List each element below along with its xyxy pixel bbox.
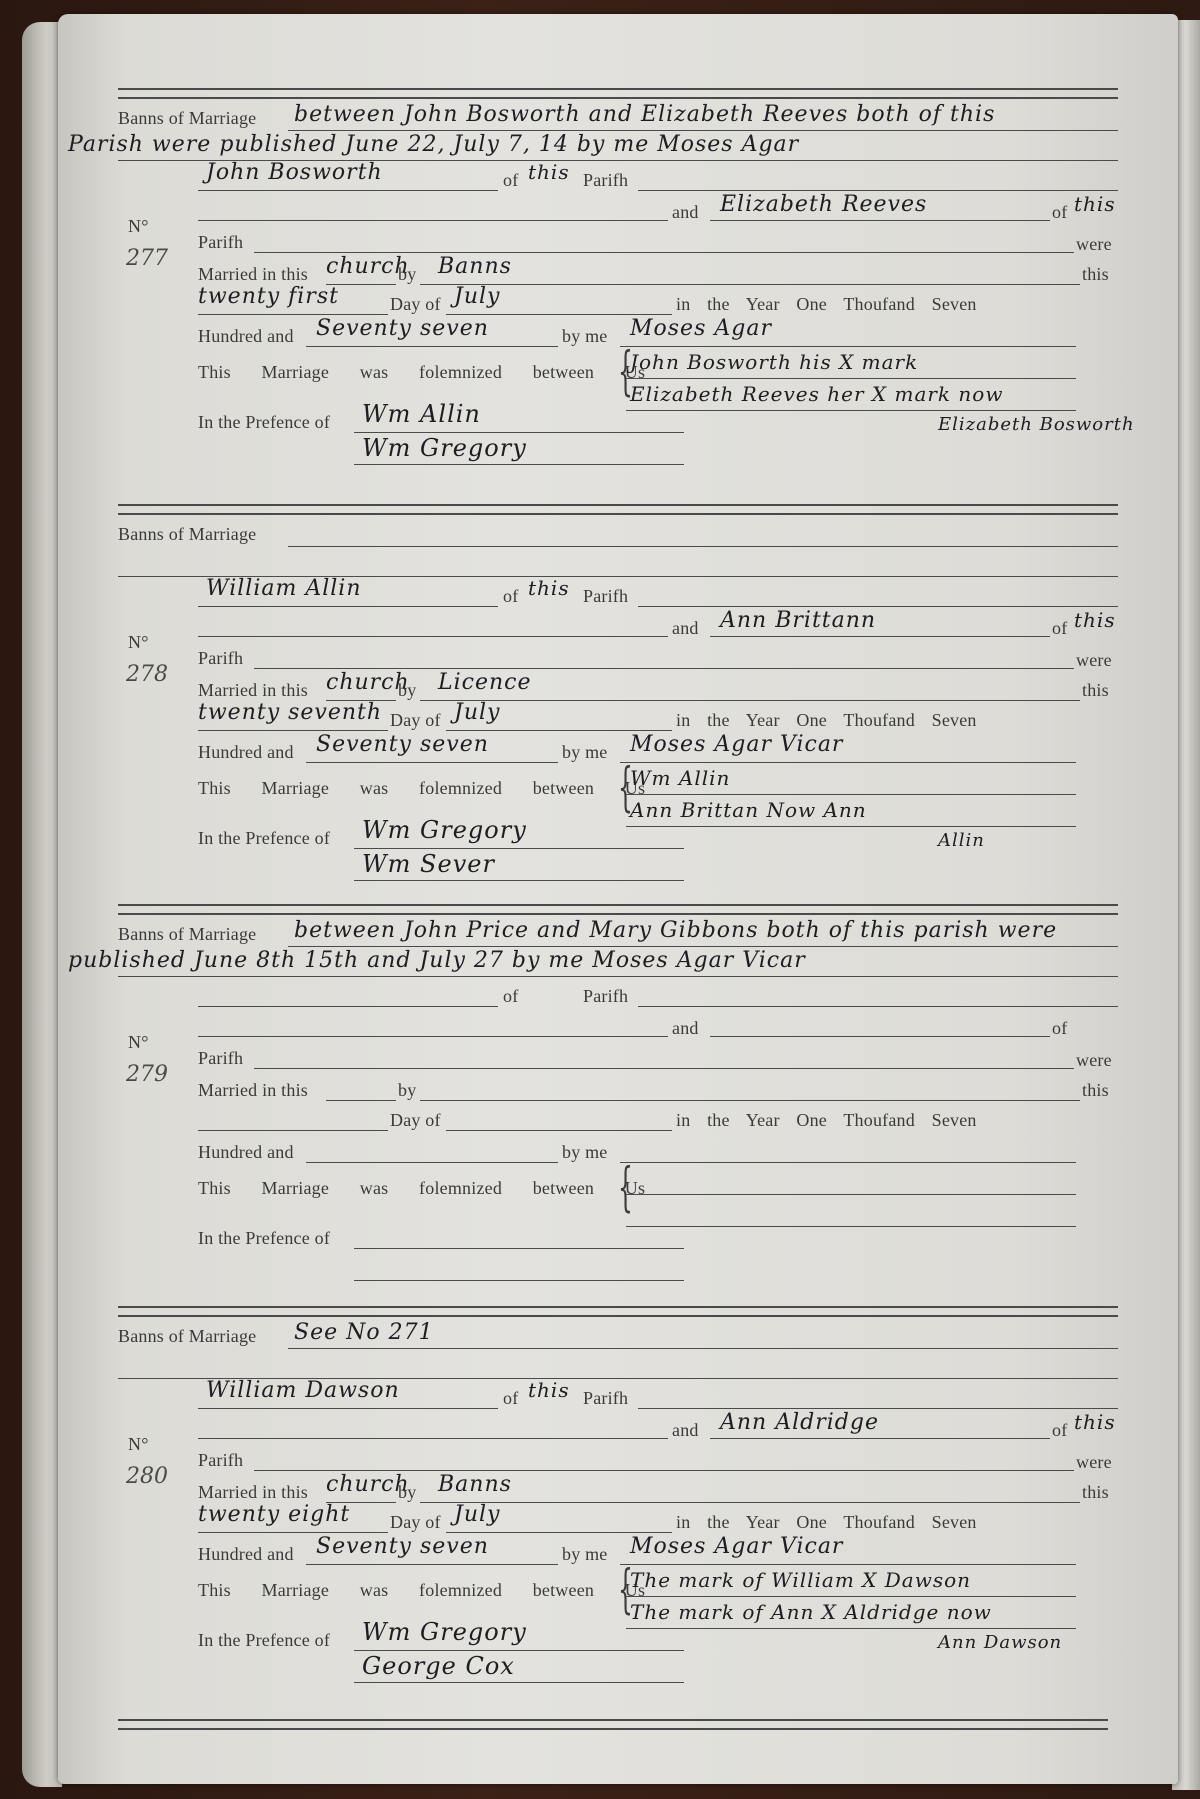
of-label: of [1052, 1420, 1067, 1441]
day-line [198, 730, 388, 731]
brace-symbol: { [618, 1162, 633, 1214]
year-label: in the Year One Thoufand Seven [676, 710, 977, 731]
and-label: and [672, 1420, 699, 1441]
bride-name: Ann Aldridge [720, 1410, 879, 1435]
party-note: Ann Dawson [938, 1632, 1062, 1653]
party-1-signature: The mark of William X Dawson [630, 1568, 971, 1592]
bride-name: Ann Brittann [720, 608, 876, 633]
married-in-this-label: Married in this [198, 1080, 308, 1101]
number-label: N° [128, 632, 149, 653]
were-label: were [1076, 234, 1112, 255]
day-of-label: Day of [390, 1512, 441, 1533]
this-label: this [1082, 680, 1109, 701]
officiant-name: Moses Agar Vicar [630, 1534, 843, 1559]
bride-pre-line [198, 636, 668, 637]
groom-parish: this [528, 1378, 570, 1402]
groom-parish: this [528, 576, 570, 600]
day-line [198, 314, 388, 315]
banns-text-line-1: between John Price and Mary Gibbons both… [294, 918, 1057, 943]
day-value: twenty first [198, 284, 339, 309]
party-2-signature: Ann Brittan Now Ann [630, 798, 867, 822]
banns-line-2 [118, 976, 1118, 977]
witness-1-line [354, 432, 684, 433]
and-label: and [672, 202, 699, 223]
day-value: twenty seventh [198, 700, 382, 725]
presence-label: In the Prefence of [198, 1630, 330, 1651]
bride-pre-line [198, 220, 668, 221]
of-label: of [1052, 618, 1067, 639]
hundred-and-label: Hundred and [198, 1142, 294, 1163]
year-words-value: Seventy seven [316, 732, 489, 757]
day-of-label: Day of [390, 1110, 441, 1131]
parish-label: Parifh [583, 170, 628, 191]
were-label: were [1076, 650, 1112, 671]
party-2-line [626, 1628, 1076, 1629]
marriage-entry-278: Banns of Marriage William Allin of this … [58, 504, 1178, 904]
banns-label: Banns of Marriage [118, 524, 256, 545]
year-words-value: Seventy seven [316, 316, 489, 341]
by-label: by [398, 1482, 416, 1503]
month-value: July [454, 1502, 500, 1527]
day-line [198, 1130, 388, 1131]
by-label: by [398, 1080, 416, 1101]
party-2-line [626, 410, 1076, 411]
of-label: of [503, 586, 518, 607]
year-label: in the Year One Thoufand Seven [676, 1110, 977, 1131]
officiant-line [620, 762, 1076, 763]
entry-separator-rule [118, 904, 1118, 915]
entry-number: 278 [126, 662, 168, 687]
officiant-line [620, 346, 1076, 347]
groom-name: John Bosworth [206, 160, 383, 185]
party-2-line [626, 826, 1076, 827]
parish-label: Parifh [583, 1388, 628, 1409]
bride-pre-line [198, 1036, 668, 1037]
bride-parish: this [1074, 1410, 1116, 1434]
witness-2-line [354, 1682, 684, 1683]
book-page-edges [22, 22, 62, 1787]
year-label: in the Year One Thoufand Seven [676, 294, 977, 315]
year-words-line [306, 346, 558, 347]
officiant-name: Moses Agar [630, 316, 772, 341]
parish-label: Parifh [198, 1450, 243, 1471]
groom-parish-line [638, 190, 1118, 191]
party-2-line [626, 1226, 1076, 1227]
year-words-line [306, 1564, 558, 1565]
banns-label: Banns of Marriage [118, 108, 256, 129]
entry-separator-rule [118, 504, 1118, 515]
witness-1-signature: Wm Gregory [362, 816, 527, 844]
party-note: Allin [938, 830, 985, 851]
witness-1-signature: Wm Allin [362, 400, 481, 428]
day-line [198, 1532, 388, 1533]
day-of-label: Day of [390, 710, 441, 731]
groom-name: William Dawson [206, 1378, 400, 1403]
by-line [420, 284, 1080, 285]
bride-line [710, 1438, 1050, 1439]
by-value: Banns [438, 254, 512, 279]
month-value: July [454, 700, 500, 725]
year-label: in the Year One Thoufand Seven [676, 1512, 977, 1533]
by-line [420, 1502, 1080, 1503]
groom-line [198, 1006, 498, 1007]
banns-text-line-2: Parish were published June 22, July 7, 1… [68, 132, 799, 157]
party-1-line [626, 378, 1076, 379]
day-value: twenty eight [198, 1502, 350, 1527]
entry-number: 277 [126, 246, 168, 271]
of-label: of [503, 170, 518, 191]
hundred-and-label: Hundred and [198, 742, 294, 763]
solemnized-label: This Marriage was folemnized between Us [198, 1580, 645, 1601]
this-label: this [1082, 264, 1109, 285]
were-label: were [1076, 1050, 1112, 1071]
of-label: of [1052, 202, 1067, 223]
this-label: this [1082, 1080, 1109, 1101]
banns-text-line-1: between John Bosworth and Elizabeth Reev… [294, 102, 995, 127]
groom-name: William Allin [206, 576, 362, 601]
witness-2-line [354, 880, 684, 881]
groom-parish: this [528, 160, 570, 184]
by-me-label: by me [562, 1142, 608, 1163]
of-label: of [503, 986, 518, 1007]
bride-parish: this [1074, 608, 1116, 632]
groom-line [198, 606, 498, 607]
solemnized-label: This Marriage was folemnized between Us [198, 362, 645, 383]
entry-separator-rule [118, 88, 1118, 99]
by-label: by [398, 264, 416, 285]
marriage-entry-279: Banns of Marriage between John Price and… [58, 904, 1178, 1304]
entry-separator-rule [118, 1306, 1118, 1317]
marriage-entry-277: Banns of Marriage between John Bosworth … [58, 88, 1178, 488]
party-1-line [626, 1194, 1076, 1195]
by-line [420, 700, 1080, 701]
officiant-line [620, 1162, 1076, 1163]
party-2-signature: The mark of Ann X Aldridge now [630, 1600, 992, 1624]
number-label: N° [128, 1032, 149, 1053]
number-label: N° [128, 1434, 149, 1455]
groom-line [198, 190, 498, 191]
parish-line [254, 1470, 1074, 1471]
married-in-this-label: Married in this [198, 680, 308, 701]
hundred-and-label: Hundred and [198, 1544, 294, 1565]
entry-number: 280 [126, 1464, 168, 1489]
parish-label: Parifh [583, 986, 628, 1007]
by-line [420, 1100, 1080, 1101]
party-note: Elizabeth Bosworth [938, 414, 1135, 435]
banns-text-line-1: See No 271 [294, 1320, 434, 1345]
by-label: by [398, 680, 416, 701]
witness-1-line [354, 1650, 684, 1651]
party-1-line [626, 794, 1076, 795]
place-line [326, 1100, 396, 1101]
banns-line-1 [288, 946, 1118, 947]
by-me-label: by me [562, 326, 608, 347]
witness-2-line [354, 464, 684, 465]
solemnized-label: This Marriage was folemnized between Us [198, 1178, 645, 1199]
bride-name: Elizabeth Reeves [720, 192, 927, 217]
month-value: July [454, 284, 500, 309]
of-label: of [1052, 1018, 1067, 1039]
parish-line [254, 668, 1074, 669]
bride-parish: this [1074, 192, 1116, 216]
number-label: N° [128, 216, 149, 237]
banns-text-line-2: published June 8th 15th and July 27 by m… [68, 948, 806, 973]
hundred-and-label: Hundred and [198, 326, 294, 347]
presence-label: In the Prefence of [198, 412, 330, 433]
by-me-label: by me [562, 742, 608, 763]
marriage-entry-280: Banns of Marriage See No 271 William Daw… [58, 1306, 1178, 1706]
witness-2-signature: George Cox [362, 1652, 515, 1680]
parish-label: Parifh [198, 1048, 243, 1069]
groom-parish-line [638, 1408, 1118, 1409]
married-in-this-label: Married in this [198, 1482, 308, 1503]
groom-parish-line [638, 1006, 1118, 1007]
witness-2-signature: Wm Sever [362, 850, 495, 878]
parish-label: Parifh [198, 232, 243, 253]
banns-label: Banns of Marriage [118, 924, 256, 945]
year-words-value: Seventy seven [316, 1534, 489, 1559]
month-line [446, 1130, 672, 1131]
month-line [446, 730, 672, 731]
bride-line [710, 1036, 1050, 1037]
month-line [446, 1532, 672, 1533]
closing-double-rule [118, 1719, 1108, 1730]
year-words-line [306, 762, 558, 763]
groom-line [198, 1408, 498, 1409]
bride-pre-line [198, 1438, 668, 1439]
groom-parish-line [638, 606, 1118, 607]
this-label: this [1082, 1482, 1109, 1503]
married-in-this-label: Married in this [198, 264, 308, 285]
parish-label: Parifh [198, 648, 243, 669]
parish-line [254, 1068, 1074, 1069]
witness-1-line [354, 848, 684, 849]
by-me-label: by me [562, 1544, 608, 1565]
witness-2-signature: Wm Gregory [362, 434, 527, 462]
presence-label: In the Prefence of [198, 1228, 330, 1249]
entry-number: 279 [126, 1062, 168, 1087]
solemnized-label: This Marriage was folemnized between Us [198, 778, 645, 799]
parish-line [254, 252, 1074, 253]
witness-1-signature: Wm Gregory [362, 1618, 527, 1646]
banns-line-1 [288, 546, 1118, 547]
officiant-line [620, 1564, 1076, 1565]
witness-2-line [354, 1280, 684, 1281]
bride-line [710, 636, 1050, 637]
banns-label: Banns of Marriage [118, 1326, 256, 1347]
parish-label: Parifh [583, 586, 628, 607]
banns-line-1 [288, 130, 1118, 131]
witness-1-line [354, 1248, 684, 1249]
register-page: Banns of Marriage between John Bosworth … [58, 14, 1178, 1784]
day-of-label: Day of [390, 294, 441, 315]
party-2-signature: Elizabeth Reeves her X mark now [630, 382, 1003, 406]
month-line [446, 314, 672, 315]
bride-line [710, 220, 1050, 221]
and-label: and [672, 1018, 699, 1039]
year-words-line [306, 1162, 558, 1163]
banns-line-1 [288, 1348, 1118, 1349]
of-label: of [503, 1388, 518, 1409]
by-value: Banns [438, 1472, 512, 1497]
by-value: Licence [438, 670, 532, 695]
party-1-signature: Wm Allin [630, 766, 730, 790]
were-label: were [1076, 1452, 1112, 1473]
presence-label: In the Prefence of [198, 828, 330, 849]
officiant-name: Moses Agar Vicar [630, 732, 843, 757]
party-1-signature: John Bosworth his X mark [630, 350, 918, 374]
and-label: and [672, 618, 699, 639]
party-1-line [626, 1596, 1076, 1597]
